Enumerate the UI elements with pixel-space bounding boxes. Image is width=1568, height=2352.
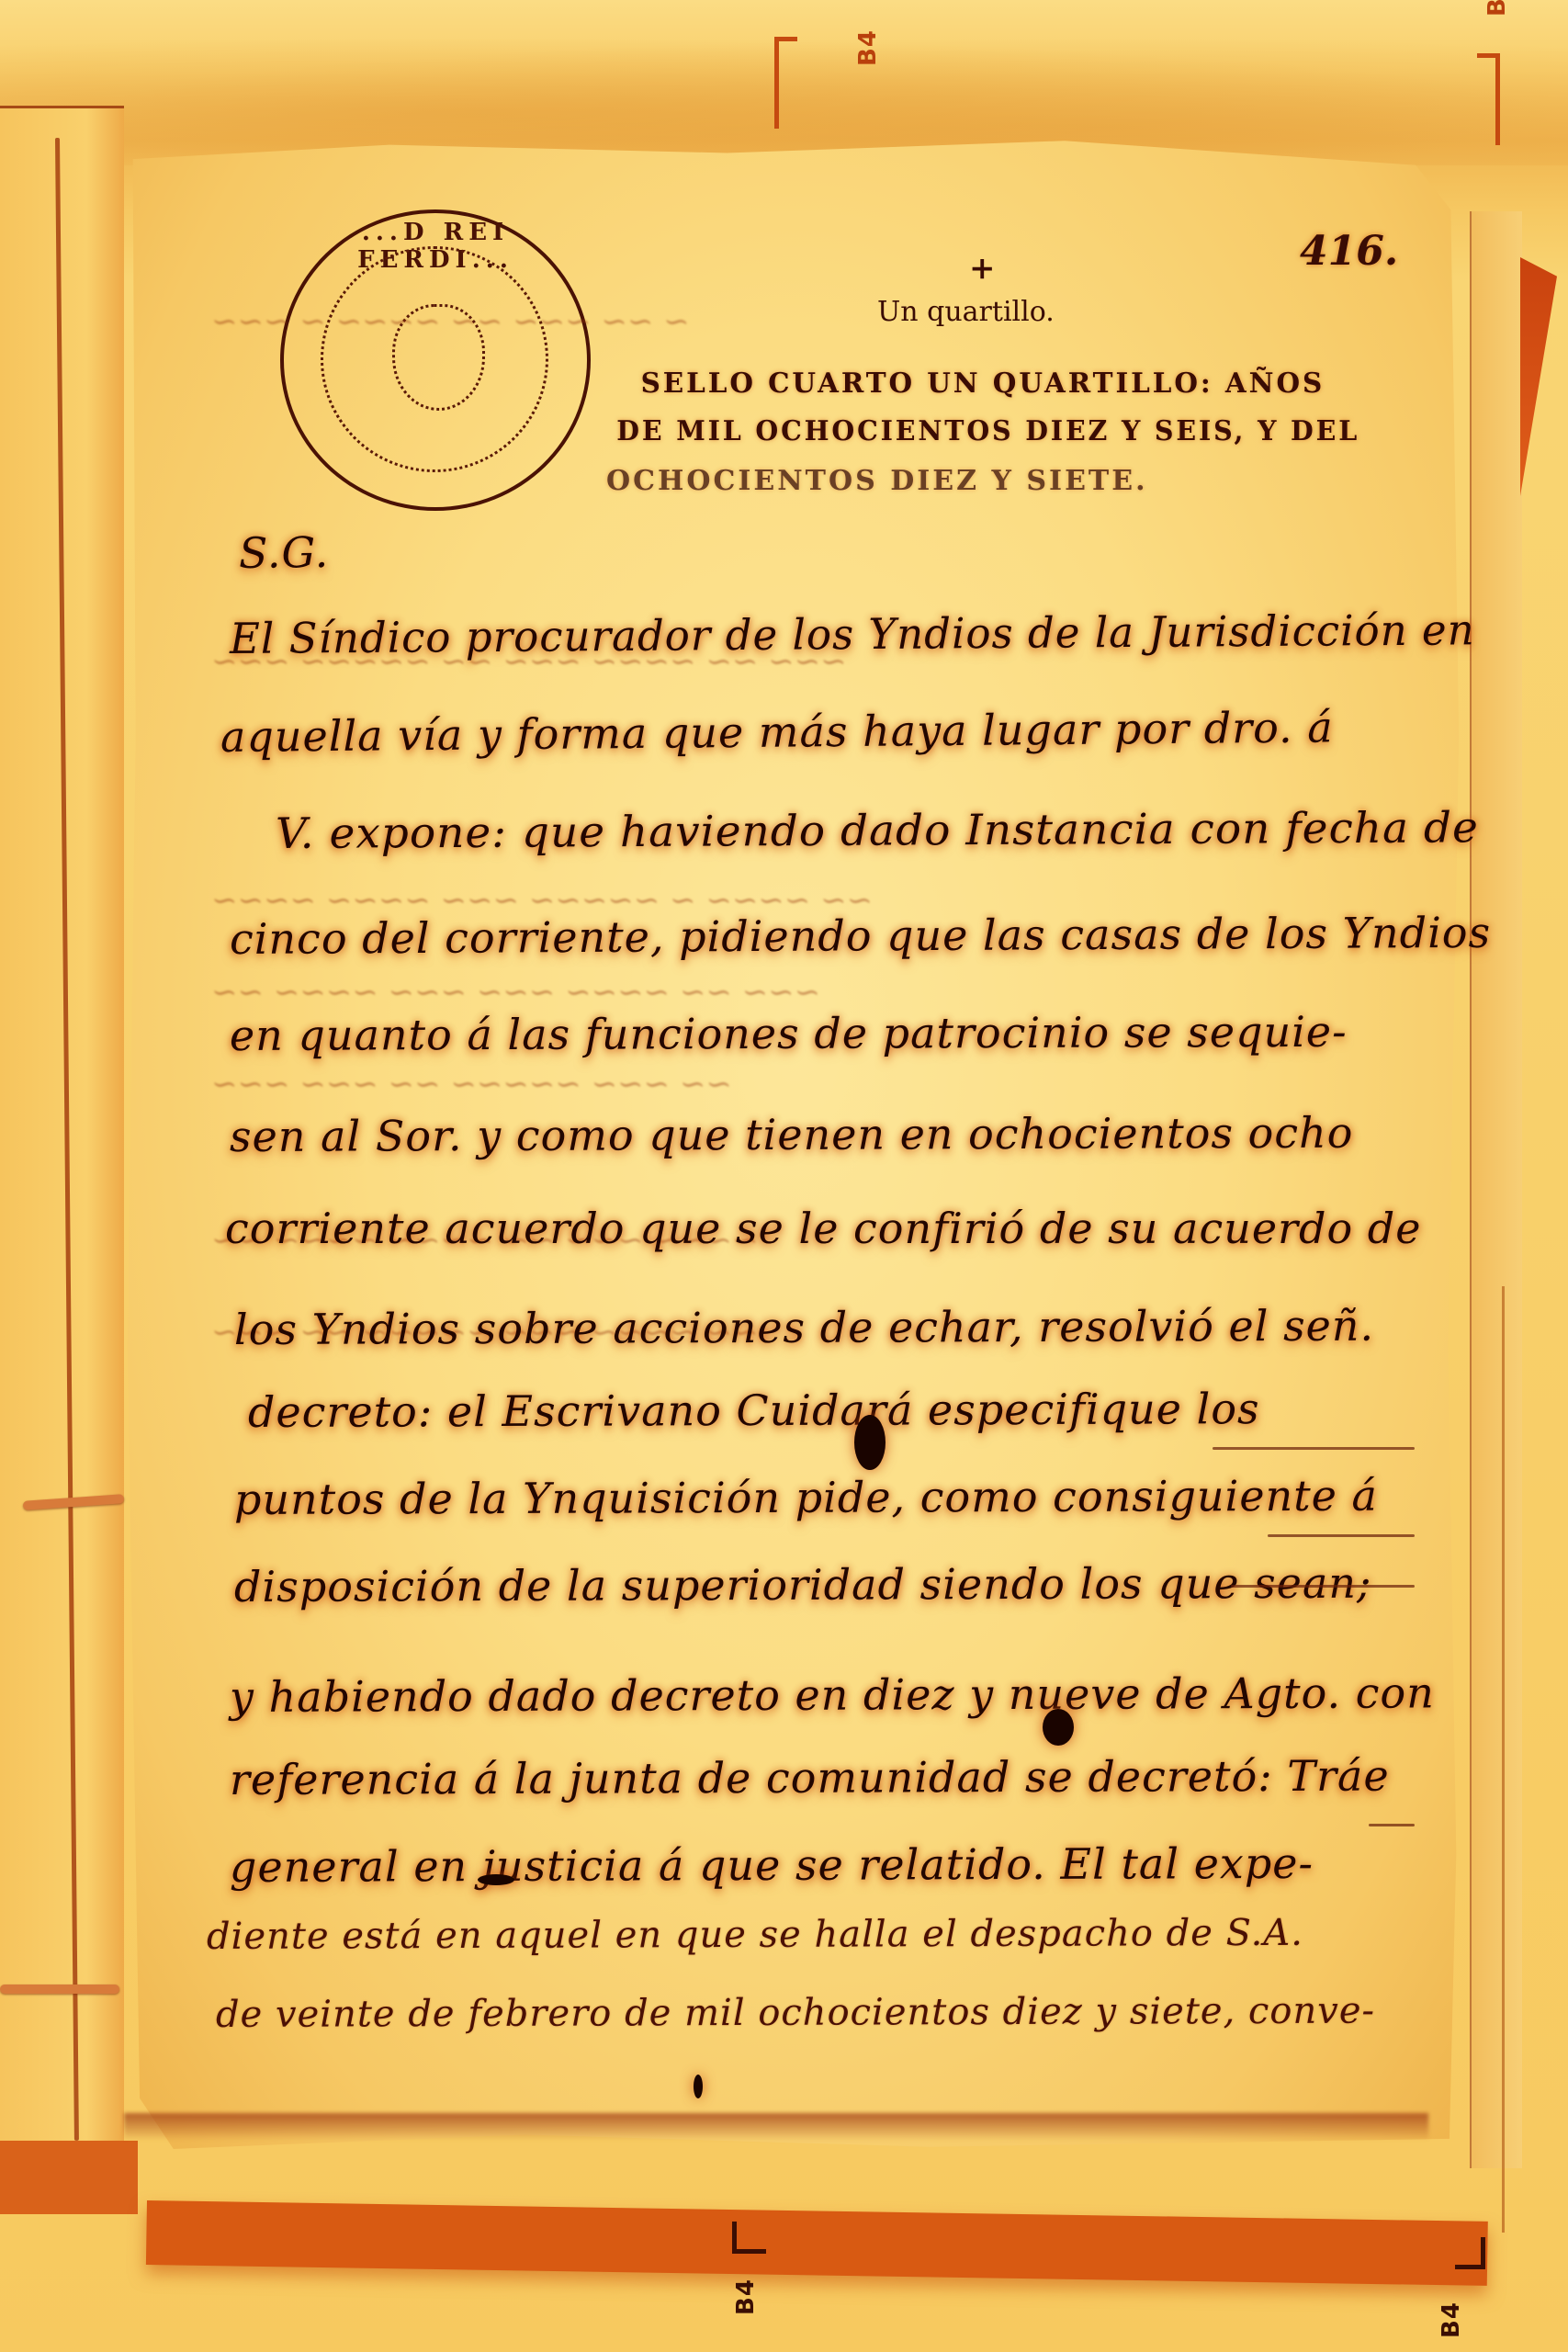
crop-label-top-left: B4 [854,29,882,66]
handwritten-line: El Síndico procurador de los Yndios de l… [230,605,1475,663]
handwritten-line: puntos de la Ynquisición pide, como cons… [234,1471,1378,1524]
handwritten-line: cinco del corriente, pidiendo que las ca… [230,908,1491,964]
handwritten-line: decreto: el Escrivano Cuidará especifiqu… [248,1384,1260,1437]
crop-label-top-right: B [1483,0,1511,17]
bleed-through-text: ~~ ~~~ ~~~~~ ~~ ~~~ ~~~ [211,1066,732,1102]
crop-label-bottom-left: B4 [732,2278,760,2315]
sheet-bottom-edge [124,2113,1428,2141]
handwritten-salutation: S.G. [239,527,330,578]
royal-seal-stamp: ...D REI FERDI... [280,209,591,511]
line-end-rule [1213,1447,1415,1450]
handwritten-line: de veinte de febrero de mil ochocientos … [216,1990,1375,2036]
ink-blot [854,1415,886,1470]
handwritten-line: general en justicia á que se relatido. E… [230,1838,1314,1892]
handwritten-line: referencia á la junta de comunidad se de… [230,1751,1390,1804]
seal-inner-ring [321,246,548,472]
bottom-band-left [0,2141,138,2214]
handwritten-line: corriente acuerdo que se le confirió de … [225,1204,1421,1253]
stamp-header-line: SELLO CUARTO UN QUARTILLO: AÑOS [641,367,1325,400]
handwritten-line: los Yndios sobre acciones de echar, reso… [234,1301,1374,1354]
bleed-through-text: ~~~ ~~ ~~~~ ~~~ ~~~ ~~~~ ~~ [211,974,820,1011]
binding-thread [0,1984,119,1994]
crop-mark-top-left [774,37,797,129]
crop-mark-bottom-left [732,2222,766,2254]
line-end-rule [1268,1534,1415,1537]
handwritten-line: disposición de la superioridad siendo lo… [234,1558,1372,1611]
ink-blot [694,2075,703,2098]
stamp-value: Un quartillo. [877,296,1055,328]
line-end-rule [1231,1585,1415,1588]
crop-mark-bottom-right [1455,2237,1485,2269]
bleed-through-text: ~ ~~ ~~~ ~~ ~~~~ ~ ~~~ [211,303,690,340]
folio-number: 416. [1300,228,1398,275]
crop-label-bottom-right: B4 [1438,2301,1465,2338]
stamp-header-line: DE MIL OCHOCIENTOS DIEZ Y SEIS, Y DEL [616,415,1359,447]
handwritten-line: diente está en aquel en que se halla el … [207,1912,1303,1958]
crop-mark-top-right [1477,53,1500,145]
ink-blot [478,1874,514,1885]
cross-icon: + [969,250,996,287]
underlying-page-edge [1470,211,1522,2168]
ink-blot [1043,1709,1074,1746]
handwritten-line: en quanto á las funciones de patrocinio … [230,1007,1348,1060]
handwritten-line: aquella vía y forma que más haya lugar p… [220,702,1334,762]
line-end-rule [1369,1824,1415,1826]
stamp-header-line: OCHOCIENTOS DIEZ Y SIETE. [606,465,1148,497]
handwritten-line: sen al Sor. y como que tienen en ochocie… [230,1108,1354,1161]
page-ruler-line [1502,1286,1505,2233]
handwritten-line: V. expone: que haviendo dado Instancia c… [276,802,1479,858]
handwritten-line: y habiendo dado decreto en diez y nueve … [230,1668,1435,1722]
